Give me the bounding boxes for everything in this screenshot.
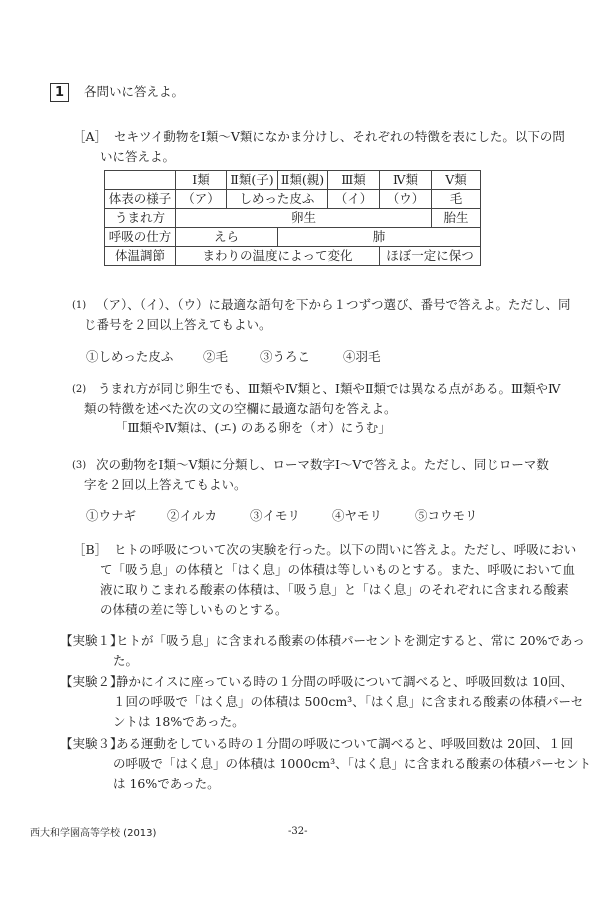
cell-fur: 毛 — [432, 190, 481, 209]
question-number-box: 1 — [50, 83, 69, 102]
q2-quote: 「Ⅲ類やⅣ類は、(エ) のある卵を（オ）にうむ」 — [115, 420, 391, 436]
q1-option-2: ②毛 — [203, 349, 228, 365]
cell-moist-skin: しめった皮ふ — [227, 190, 328, 209]
section-b-label: ［B］ — [73, 542, 107, 558]
experiment-2-line3: ントは 18%であった。 — [113, 714, 245, 730]
cell-gills: えら — [176, 228, 278, 247]
q3-option-2: ②イルカ — [167, 508, 217, 524]
q1-line1: （ア）、（イ）、（ウ）に最適な語句を下から１つずつ選び、番号で答えよ。ただし、同 — [96, 297, 571, 313]
experiment-2-line2: １回の呼吸で「はく息」の体積は 500cm³、「はく息」に含まれる酸素の体積パー… — [113, 694, 583, 710]
table-header-row: Ⅰ類 Ⅱ類(子) Ⅱ類(親) Ⅲ類 Ⅳ類 Ⅴ類 — [105, 171, 481, 190]
q2-number: (2) — [72, 382, 86, 398]
experiment-1-label: 【実験１】 — [60, 633, 123, 649]
table-header-class1: Ⅰ類 — [176, 171, 227, 190]
q3-option-4: ④ヤモリ — [332, 508, 382, 524]
section-a-intro-line1: セキツイ動物をⅠ類～Ⅴ類になかま分けし、それぞれの特徴を表にした。以下の問 — [114, 129, 565, 145]
section-a-intro-line2: いに答えよ。 — [100, 149, 175, 165]
q2-line1: うまれ方が同じ卵生でも、Ⅲ類やⅣ類と、Ⅰ類やⅡ類では異なる点がある。Ⅲ類やⅣ — [98, 381, 561, 397]
experiment-3-line2: の呼吸で「はく息」の体積は 1000cm³、「はく息」に含まれる酸素の体積パーセ… — [113, 756, 591, 772]
experiment-3-line1: ある運動をしている時の１分間の呼吸について調べると、呼吸回数は 20回、１回 — [116, 736, 573, 752]
experiment-2-line1: 静かにイスに座っている時の１分間の呼吸について調べると、呼吸回数は 10回、 — [116, 674, 573, 690]
experiment-2-label: 【実験２】 — [60, 674, 123, 690]
table-header-class2-adult: Ⅱ類(親) — [278, 171, 328, 190]
table-header-corner — [105, 171, 176, 190]
footer-school-name: 西大和学園高等学校 (2013) — [30, 826, 156, 842]
question-instruction: 各問いに答えよ。 — [84, 84, 184, 100]
experiment-1-line1: ヒトが「吸う息」に含まれる酸素の体積パーセントを測定すると、常に 20%であっ — [116, 633, 585, 649]
q3-option-3: ③イモリ — [250, 508, 300, 524]
section-b-line3: 液に取りこまれる酸素の体積は、「吸う息」と「はく息」のそれぞれに含まれる酸素 — [100, 582, 569, 598]
q3-line1: 次の動物をⅠ類～Ⅴ類に分類し、ローマ数字Ⅰ～Ⅴで答えよ。ただし、同じローマ数 — [96, 457, 549, 473]
table-row: 体表の様子 （ア） しめった皮ふ （イ） （ウ） 毛 — [105, 190, 481, 209]
table-header-class3: Ⅲ類 — [328, 171, 380, 190]
cell-u: （ウ） — [380, 190, 432, 209]
table-row: 呼吸の仕方 えら 肺 — [105, 228, 481, 247]
section-b-line1: ヒトの呼吸について次の実験を行った。以下の問いに答えよ。ただし、呼吸におい — [114, 542, 576, 558]
row-label-birth: うまれ方 — [105, 209, 176, 228]
cell-viviparous: 胎生 — [432, 209, 481, 228]
cell-i: （イ） — [328, 190, 380, 209]
table-row: 体温調節 まわりの温度によって変化 ほぼ一定に保つ — [105, 247, 481, 266]
q1-option-1: ①しめった皮ふ — [86, 349, 173, 365]
experiment-3-line3: は 16%であった。 — [113, 776, 220, 792]
q1-option-3: ③うろこ — [260, 349, 310, 365]
q3-option-5: ⑤コウモリ — [415, 508, 478, 524]
q3-line2: 字を２回以上答えてもよい。 — [84, 477, 247, 493]
table-row: うまれ方 卵生 胎生 — [105, 209, 481, 228]
row-label-body-surface: 体表の様子 — [105, 190, 176, 209]
row-label-respiration: 呼吸の仕方 — [105, 228, 176, 247]
row-label-thermoregulation: 体温調節 — [105, 247, 176, 266]
table-header-class2-child: Ⅱ類(子) — [227, 171, 278, 190]
q1-line2: じ番号を２回以上答えてもよい。 — [84, 317, 272, 333]
experiment-1-line2: た。 — [113, 653, 138, 669]
vertebrate-feature-table: Ⅰ類 Ⅱ類(子) Ⅱ類(親) Ⅲ類 Ⅳ類 Ⅴ類 体表の様子 （ア） しめった皮ふ… — [104, 170, 481, 266]
table-header-class5: Ⅴ類 — [432, 171, 481, 190]
footer-page-number: -32- — [288, 824, 307, 840]
q1-number: (1) — [72, 298, 86, 314]
table-header-class4: Ⅳ類 — [380, 171, 432, 190]
cell-varies-with-temp: まわりの温度によって変化 — [176, 247, 380, 266]
q1-option-4: ④羽毛 — [343, 349, 381, 365]
cell-lungs: 肺 — [278, 228, 481, 247]
section-b-line4: の体積の差に等しいものとする。 — [100, 602, 288, 618]
q3-option-1: ①ウナギ — [86, 508, 136, 524]
q3-number: (3) — [72, 458, 86, 474]
section-b-line2: て「吸う息」の体積と「はく息」の体積は等しいものとする。また、呼吸において血 — [100, 562, 575, 578]
section-a-label: ［A］ — [73, 129, 107, 145]
cell-a: （ア） — [176, 190, 227, 209]
cell-constant-temp: ほぼ一定に保つ — [380, 247, 481, 266]
experiment-3-label: 【実験３】 — [60, 736, 123, 752]
q2-line2: 類の特徴を述べた次の文の空欄に最適な語句を答えよ。 — [84, 401, 397, 417]
cell-oviparous: 卵生 — [176, 209, 432, 228]
